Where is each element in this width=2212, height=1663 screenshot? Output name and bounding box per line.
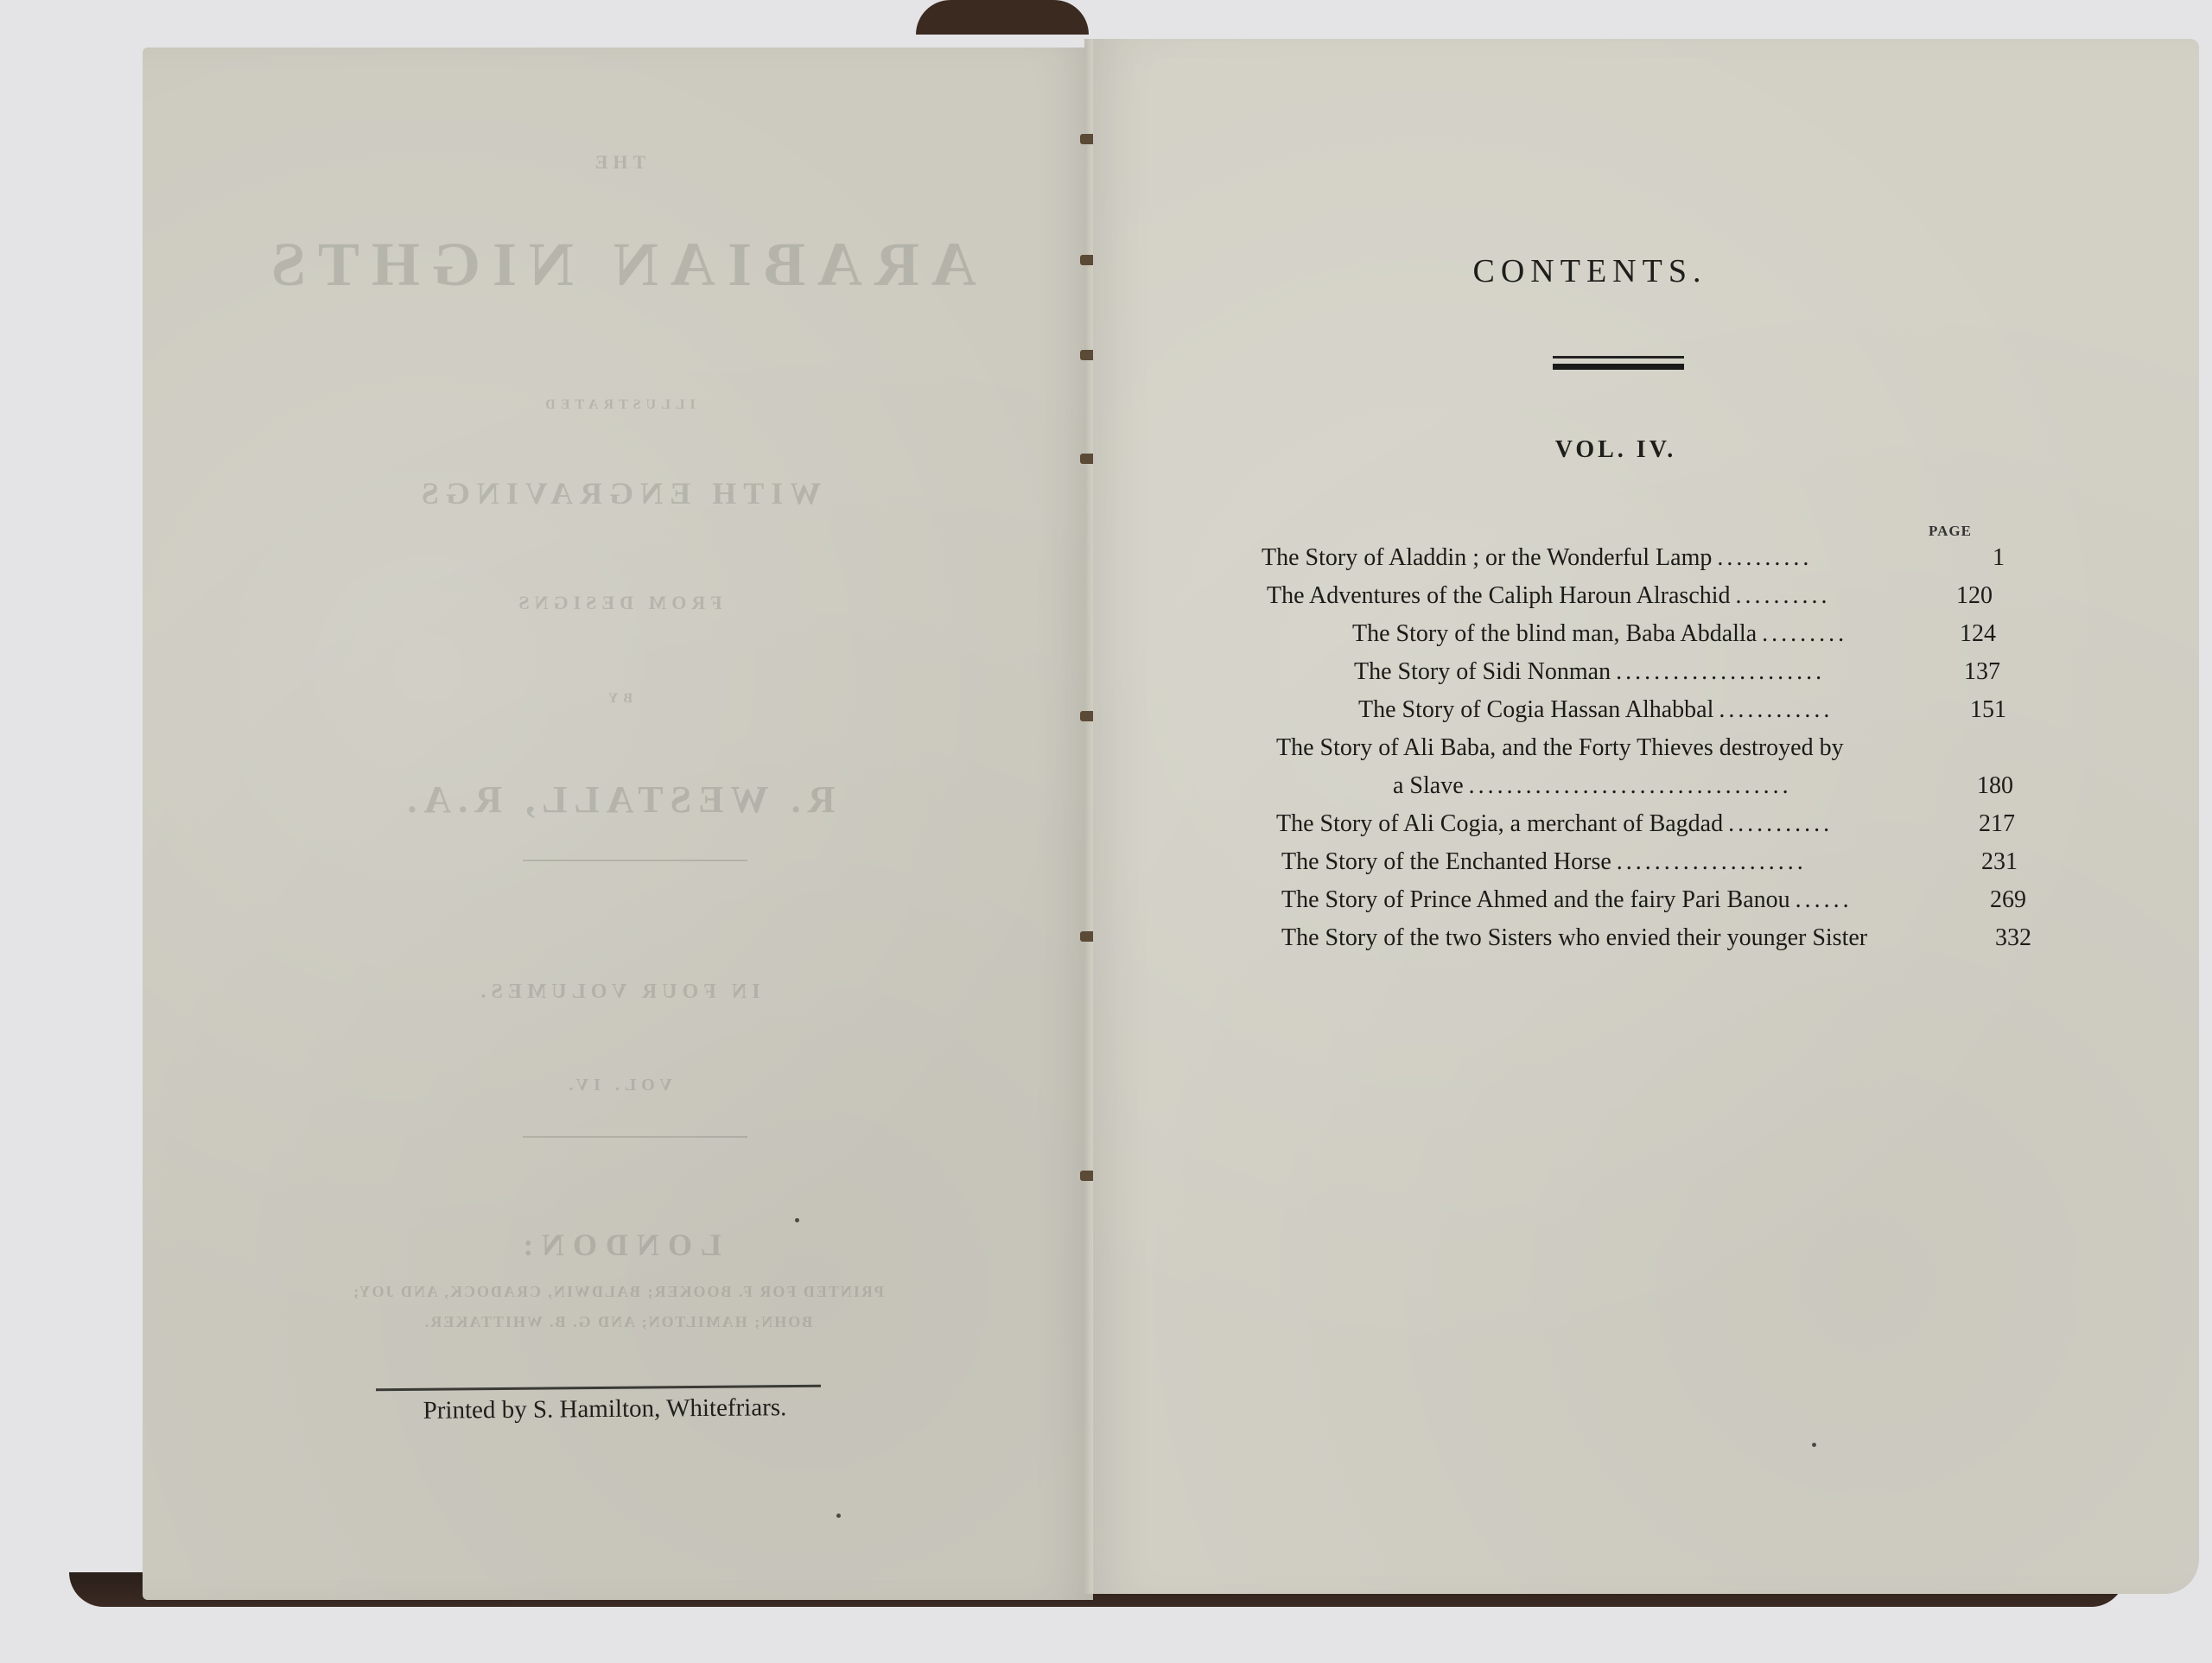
ghost-line: FROM DESIGNS — [143, 592, 1093, 614]
ghost-line: BOHN; HAMILTON; AND G. B. WHITTAKER. — [143, 1313, 1093, 1331]
ghost-title: ARABIAN NIGHTS — [143, 229, 1093, 301]
toc-entry: The Story of Sidi Nonman................… — [1354, 658, 2000, 686]
toc-entry: The Story of the two Sisters who envied … — [1281, 924, 2031, 952]
toc-entry: The Story of Aladdin ; or the Wonderful … — [1262, 544, 2005, 572]
left-page: THE ARABIAN NIGHTS ILLUSTRATED WITH ENGR… — [143, 48, 1093, 1600]
ghost-line: BY — [143, 691, 1093, 707]
ghost-line: R. WESTALL, R.A. — [143, 778, 1093, 822]
ghost-line: ILLUSTRATED — [143, 397, 1093, 413]
ghost-line: PRINTED FOR F. BOOKER; BALDWIN, CRADOCK,… — [143, 1283, 1093, 1301]
ghost-rule — [523, 1136, 747, 1138]
volume-label: VOL. IV. — [1469, 436, 1763, 464]
ghost-line: LONDON: — [143, 1227, 1093, 1263]
toc-entry: The Story of the Enchanted Horse........… — [1281, 848, 2018, 876]
book-spine-top — [916, 0, 1089, 35]
printer-imprint: Printed by S. Hamilton, Whitefriars. — [380, 1393, 829, 1426]
page-column-label: PAGE — [1929, 523, 1972, 540]
ghost-line: IN FOUR VOLUMES. — [143, 981, 1093, 1004]
ghost-line: VOL. IV. — [143, 1076, 1093, 1095]
toc-entry: The Story of Prince Ahmed and the fairy … — [1281, 886, 2026, 914]
contents-heading: CONTENTS. — [1417, 252, 1763, 290]
toc-entry-continued: a Slave.................................… — [1393, 772, 2013, 800]
paper-speck — [836, 1514, 841, 1518]
toc-entry: The Story of Ali Cogia, a merchant of Ba… — [1276, 810, 2015, 838]
toc-entry: The Story of Cogia Hassan Alhabbal......… — [1358, 696, 2006, 724]
toc-entry: The Story of Ali Baba, and the Forty Thi… — [1276, 734, 2011, 762]
double-rule — [1553, 356, 1684, 370]
toc-entry: The Adventures of the Caliph Haroun Alra… — [1267, 582, 1993, 610]
toc-entry: The Story of the blind man, Baba Abdalla… — [1352, 620, 1996, 648]
ghost-rule — [523, 860, 747, 861]
ghost-line: THE — [143, 151, 1093, 174]
paper-speck — [1812, 1443, 1816, 1447]
paper-speck — [795, 1218, 799, 1222]
ghost-line: WITH ENGRAVINGS — [143, 475, 1093, 511]
